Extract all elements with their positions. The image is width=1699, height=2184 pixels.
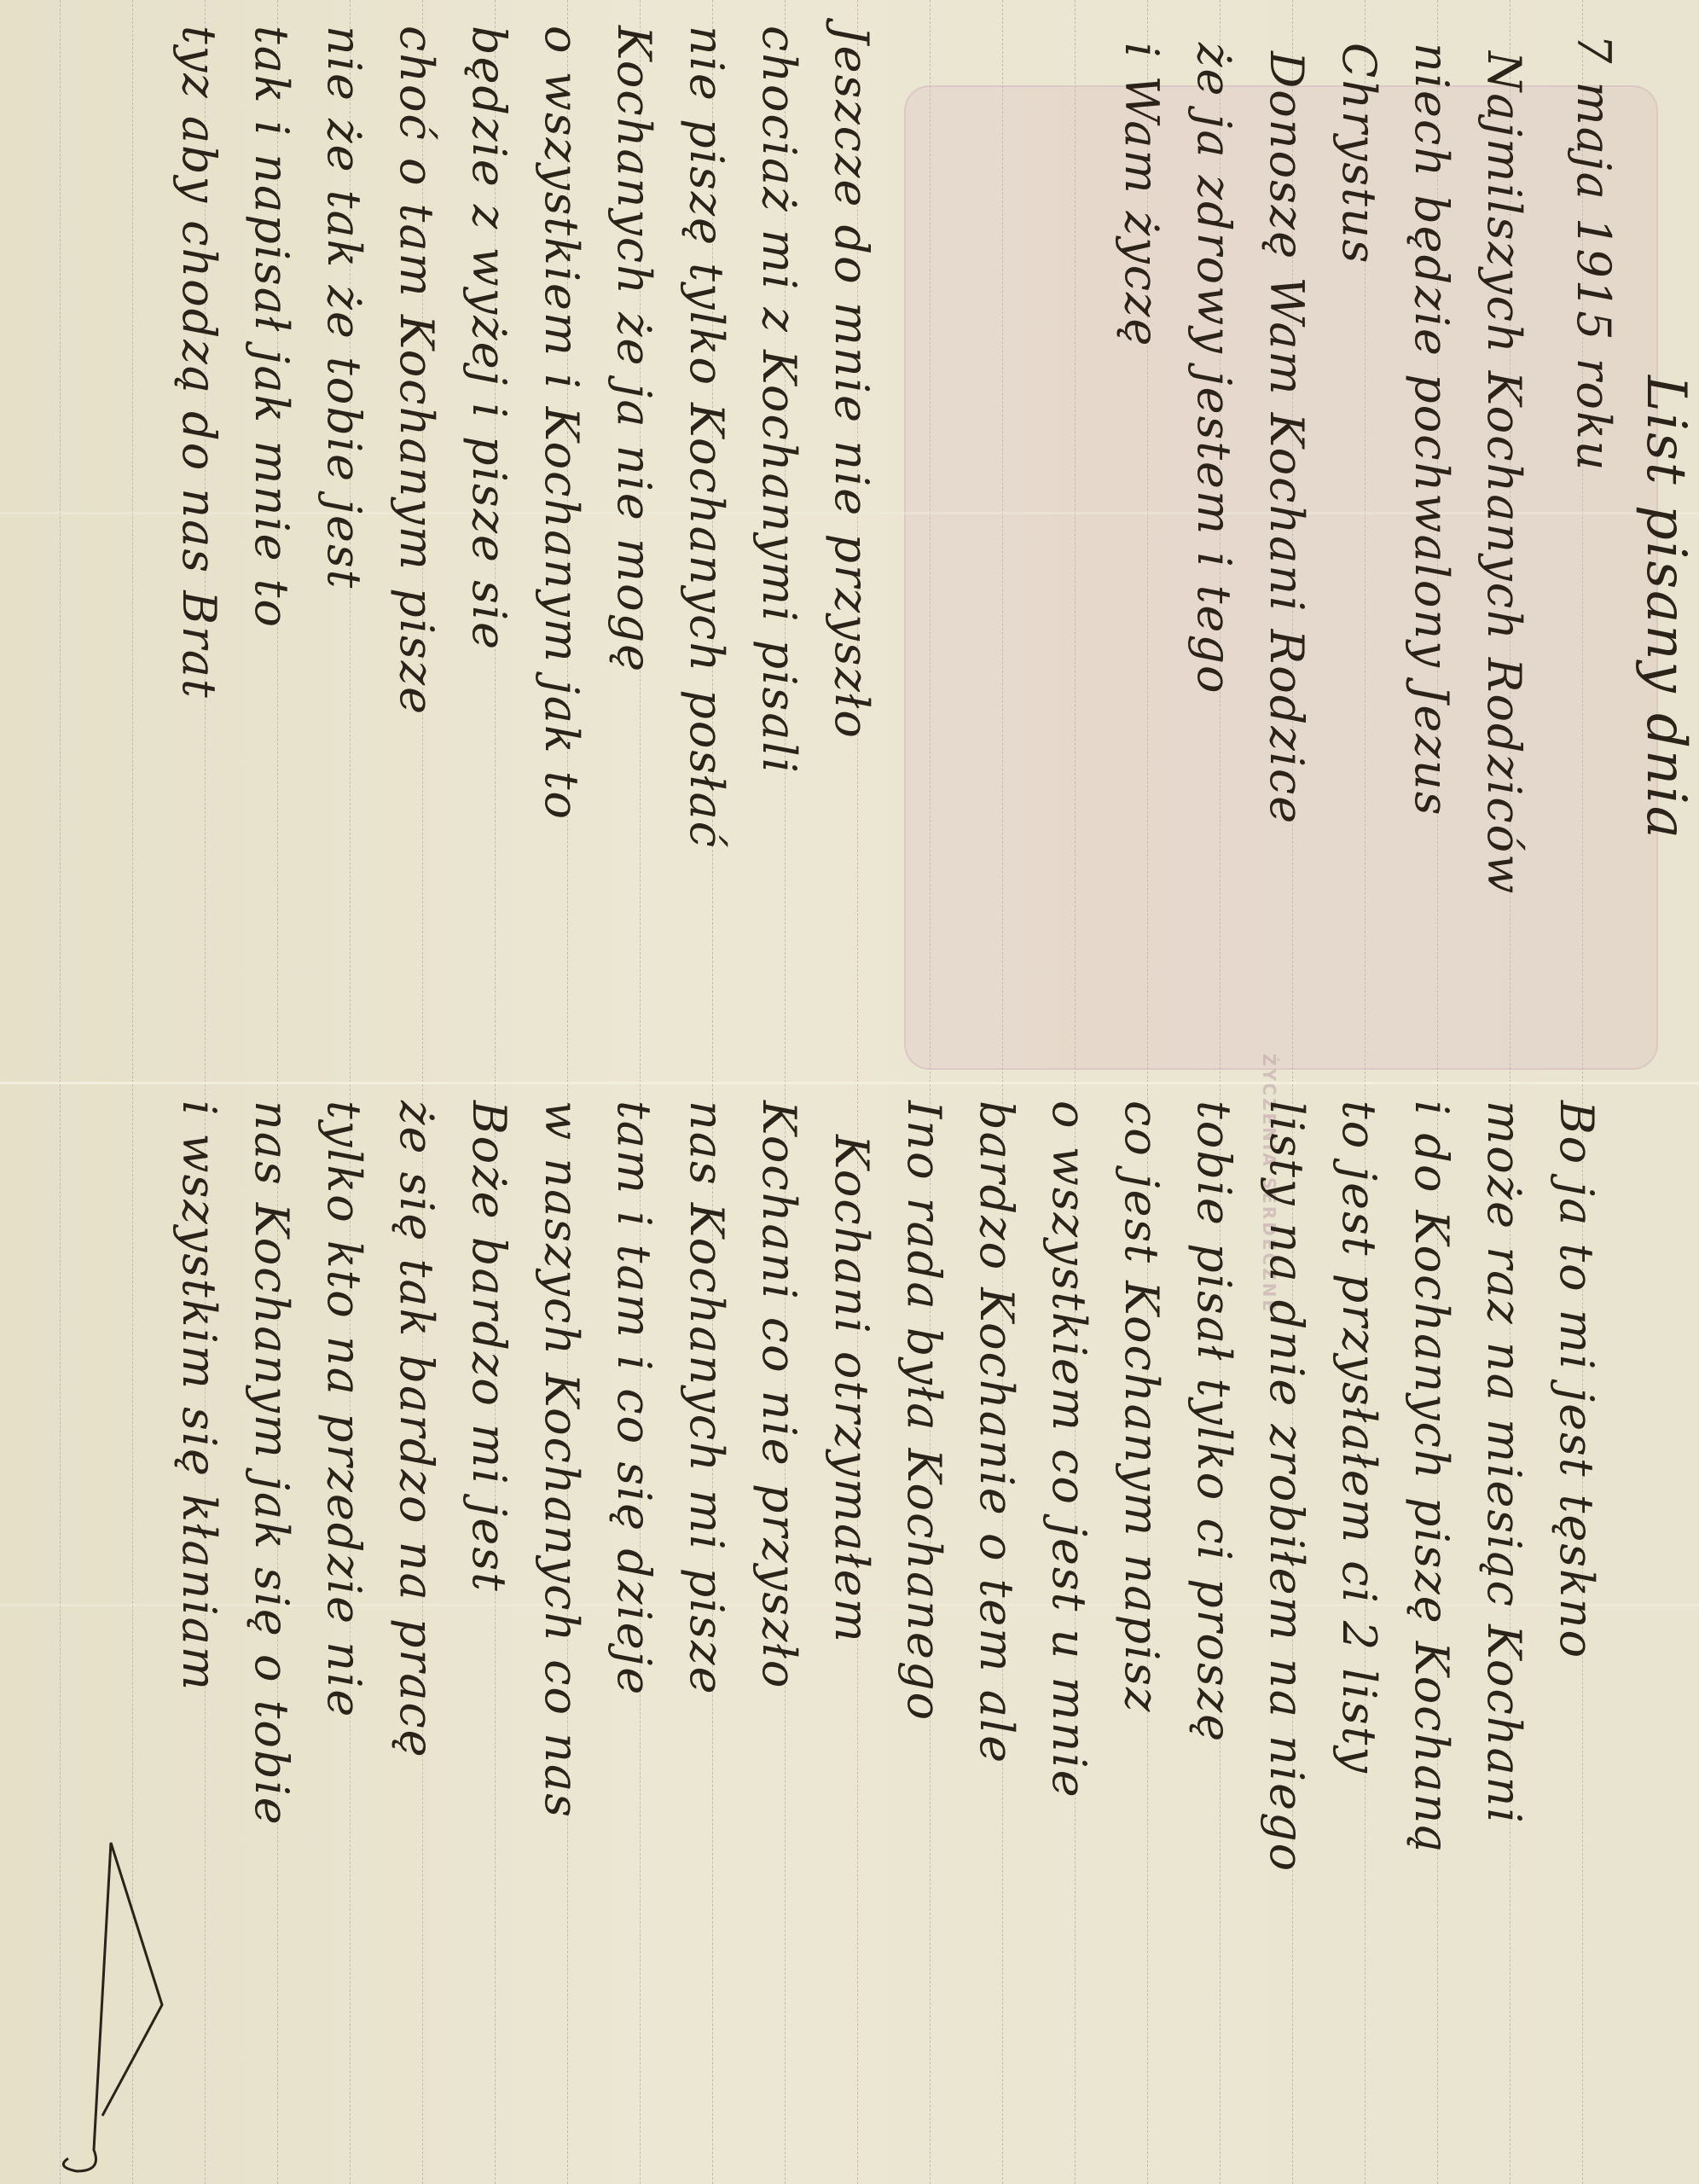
letter-line: tam i tam i co się dzieje	[607, 1101, 661, 1696]
paper-fold	[0, 1082, 1699, 1084]
letter-line: w naszych Kochanych co nas	[535, 1101, 589, 1819]
letter-line: o wszystkiem i Kochanym jak to	[535, 26, 589, 821]
letter-line: Bo ja to mi jest tęskno	[1550, 1101, 1603, 1659]
letter-line: Kochani otrzymałem	[825, 1135, 878, 1644]
letter-line: Donoszę Wam Kochani Rodzice	[1260, 51, 1313, 825]
letter-line: i Wam życzę	[1115, 43, 1168, 347]
letter-line: i do Kochanych piszę Kochaną	[1405, 1101, 1458, 1854]
signature-flourish	[51, 1834, 171, 2175]
letter-line: niech będzie pochwalony Jezus	[1405, 43, 1458, 816]
letter-line: co jest Kochanym napisz	[1115, 1101, 1168, 1713]
letter-line: że ja zdrowy jestem i tego	[1187, 43, 1241, 695]
letter-line: listy na dnie zrobiłem na niego	[1260, 1101, 1313, 1873]
letter-heading: List pisany dnia	[1634, 375, 1697, 840]
letter-line: Kochani co nie przyszło	[752, 1101, 806, 1689]
letter-line: Chrystus	[1332, 43, 1386, 264]
letter-line: może raz na miesiąc Kochani	[1477, 1101, 1531, 1825]
letter-line: będzie z wyżej i pisze sie	[462, 26, 516, 651]
letter-line: tyz aby chodzą do nas Brat	[172, 26, 226, 700]
letter-line: to jest przysłałem ci 2 listy	[1332, 1101, 1386, 1774]
letter-line: bardzo Kochanie o tem ale	[970, 1101, 1023, 1764]
letter-line: o wszystkiem co jest u mnie	[1042, 1101, 1096, 1799]
letter-line: Najmilszych Kochanych Rodziców	[1477, 51, 1531, 895]
letter-line: Ino rada była Kochanego	[897, 1101, 951, 1722]
letter-line: tak i napisał jak mnie to	[245, 26, 299, 629]
letter-line: choć o tam Kochanym pisze	[390, 26, 444, 716]
letter-line: nie piszę tylko Kochanych posłać	[680, 26, 734, 849]
letter-line: nie że tak że tobie jest	[317, 26, 371, 590]
letter-line: że się tak bardzo na pracę	[390, 1101, 444, 1759]
letter-line: Boże bardzo mi jest	[462, 1101, 516, 1593]
letter-line: Kochanych że ja nie mogę	[607, 26, 661, 673]
letter-line: tobie pisał tylko ci proszę	[1187, 1101, 1241, 1743]
letter-line: tylko kto na przedzie nie	[317, 1101, 371, 1718]
letter-line: nas Kochanych mi pisze	[680, 1101, 734, 1696]
letter-line: i wszystkim się kłaniam	[172, 1101, 226, 1692]
letter-line: Jeszcze do mnie nie przyszło	[825, 26, 878, 740]
letter-line: nas Kochanym jak się o tobie	[245, 1101, 299, 1827]
letter-date: 7 maja 1915 roku	[1567, 34, 1621, 472]
letter-line: chociaż mi z Kochanymi pisali	[752, 26, 806, 775]
